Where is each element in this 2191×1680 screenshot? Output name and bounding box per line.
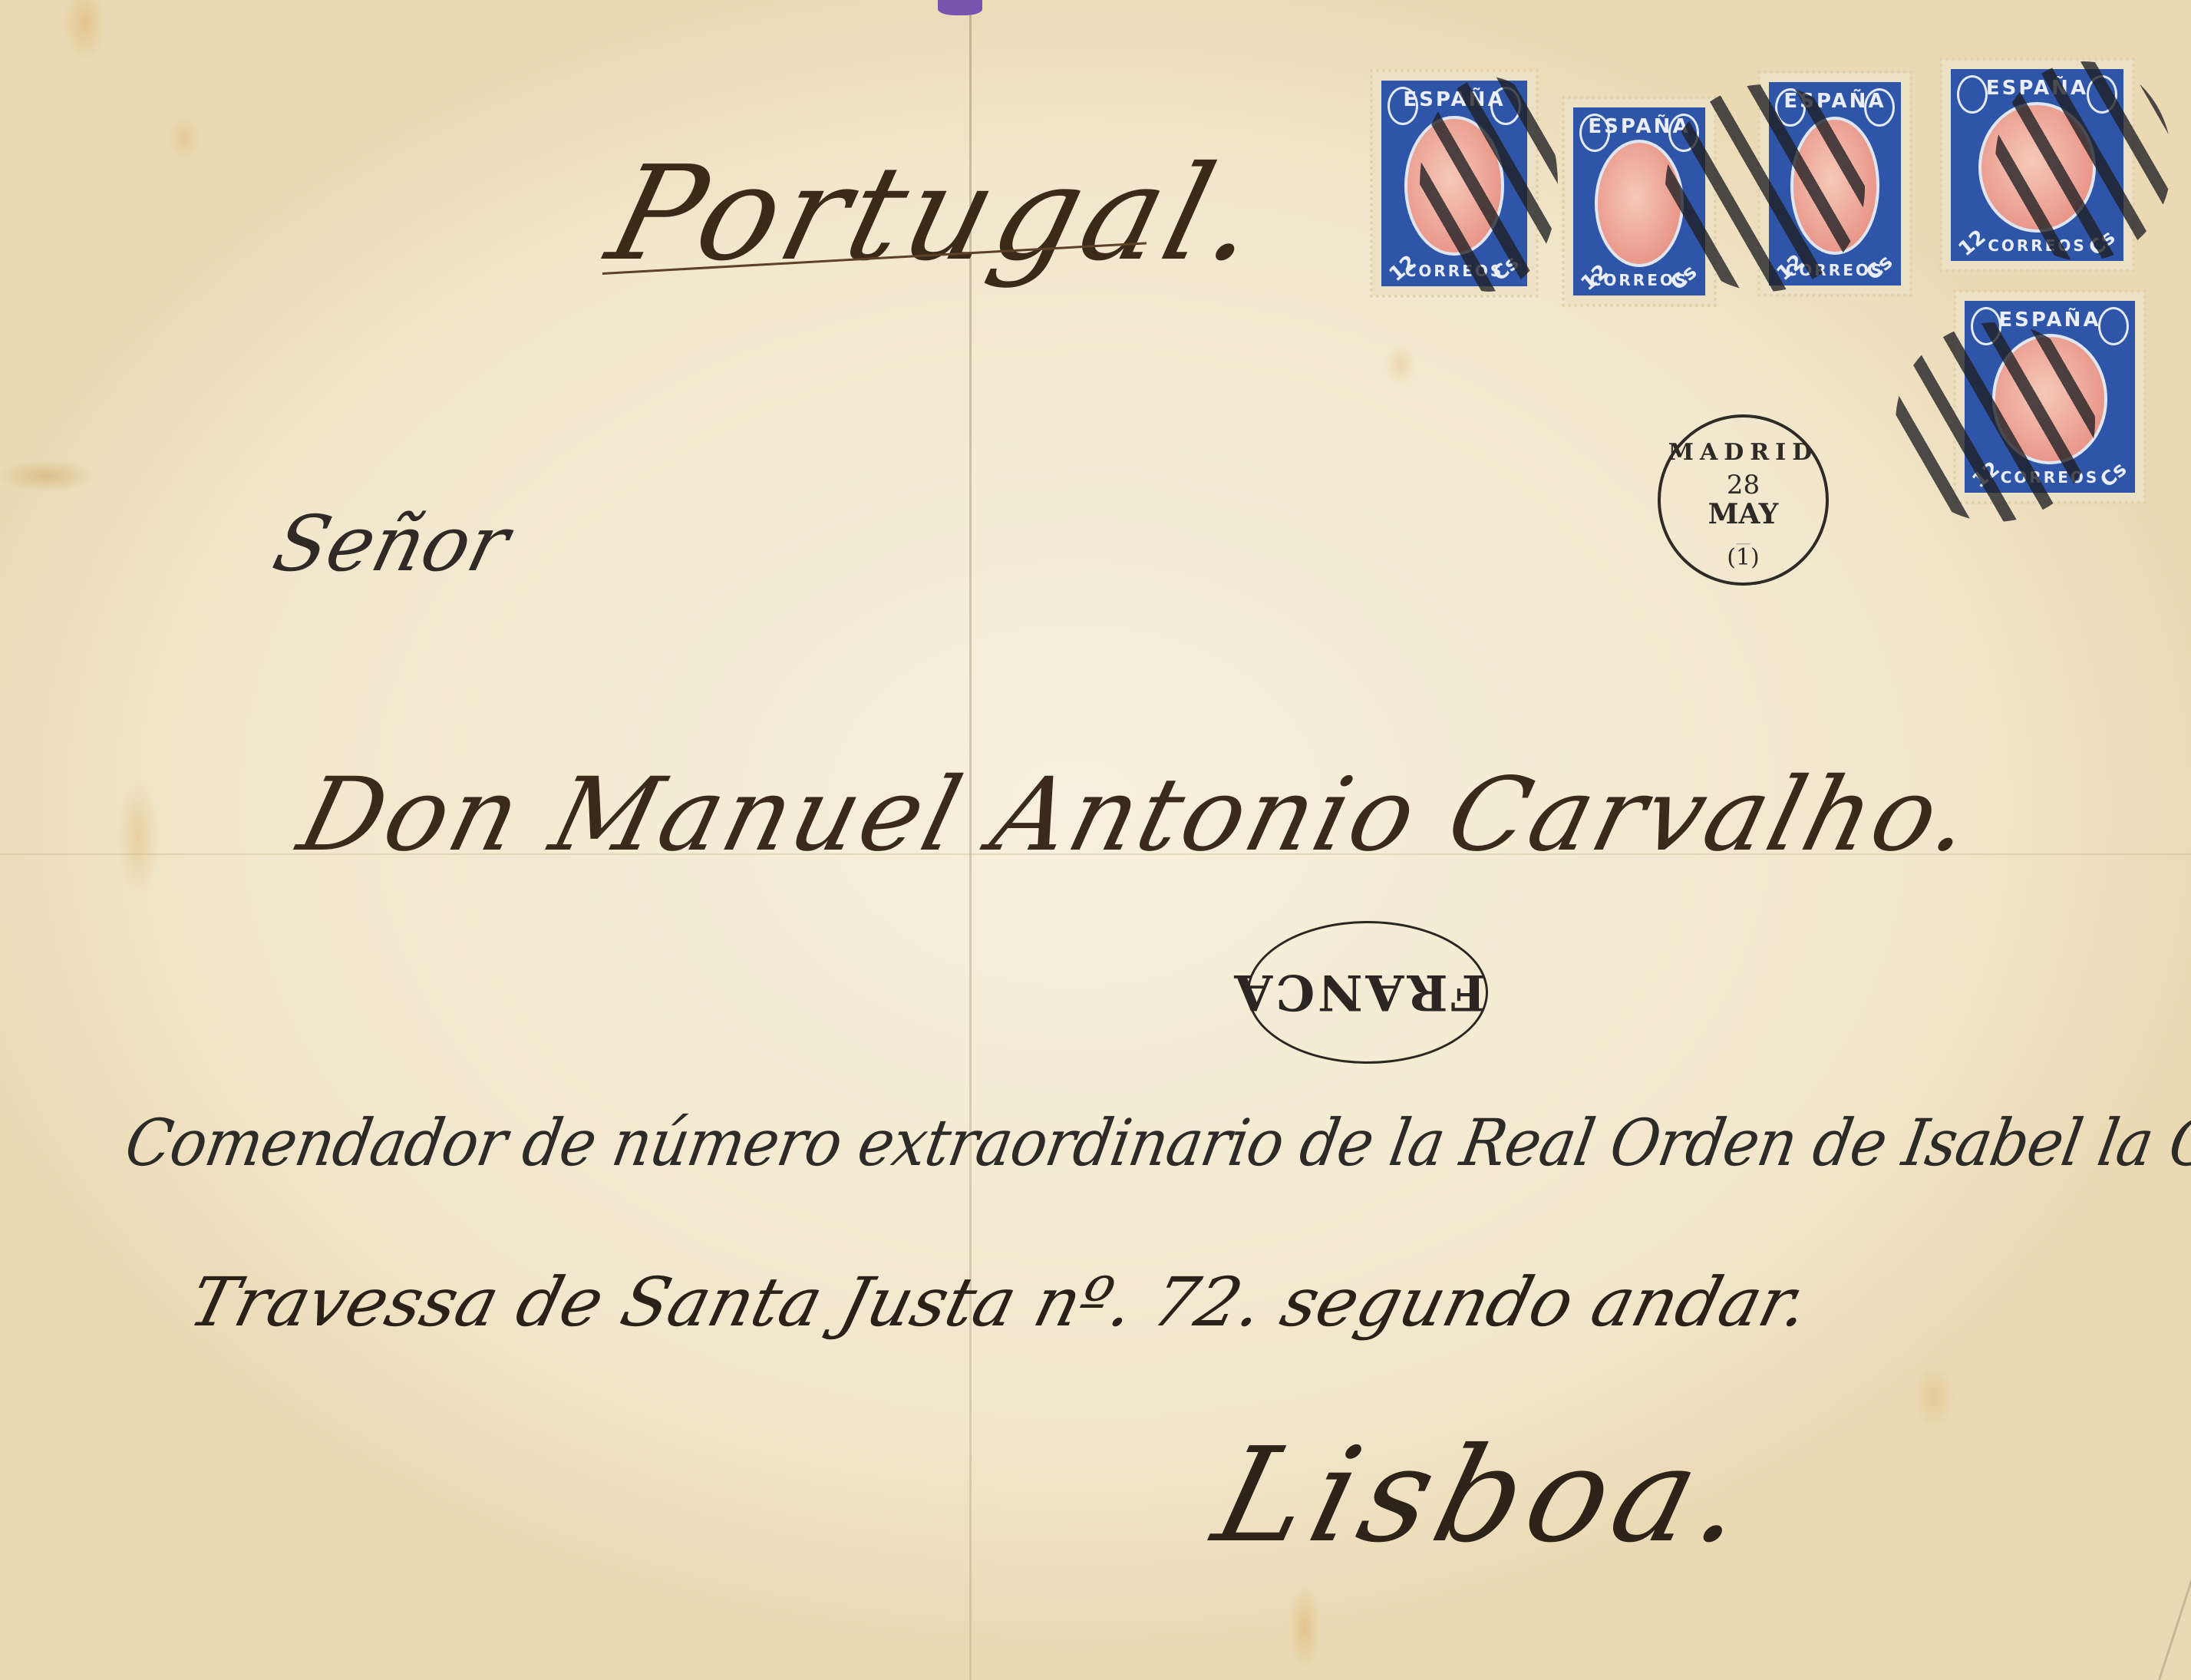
postmark-month: MAY (1661, 498, 1826, 530)
stamp-country: ESPAÑA (1381, 88, 1527, 111)
queen-portrait (1790, 117, 1880, 255)
stamp-country: ESPAÑA (1951, 77, 2123, 100)
envelope-cover: Portugal. Señor Don Manuel Antonio Carva… (0, 0, 2191, 1680)
salutation: Señor (265, 499, 517, 589)
madrid-datestamp: MADRID 28 MAY __ (1) (1658, 414, 1829, 586)
destination-city: Lisboa. (1201, 1420, 1769, 1572)
addressee-name: Don Manuel Antonio Carvalho. (289, 756, 1987, 874)
postage-stamp-2: ESPAÑA 12 CORREOS Cs (1573, 107, 1705, 295)
stamp-unit: Cs (2097, 457, 2132, 492)
stamp-unit: Cs (1489, 251, 1524, 286)
franca-text: FRANCA (1249, 963, 1486, 1021)
postmark-city: MADRID (1661, 439, 1826, 466)
stamp-country: ESPAÑA (1769, 90, 1901, 113)
stamp-country: ESPAÑA (1965, 309, 2135, 332)
postmark-year: __ (1661, 529, 1826, 545)
stamp-unit: Cs (1863, 250, 1898, 285)
queen-portrait (1992, 334, 2108, 464)
postmark-day: 28 (1661, 470, 1826, 500)
stamp-unit: Cs (2085, 226, 2120, 260)
queen-portrait (1978, 102, 2096, 233)
edge-crease (2158, 1373, 2191, 1680)
postage-stamp-1: ESPAÑA 12 CORREOS Cs (1381, 81, 1527, 286)
postage-stamp-3: ESPAÑA 12 CORREOS Cs (1769, 82, 1901, 286)
queen-portrait (1404, 116, 1503, 256)
queen-portrait (1595, 140, 1684, 268)
street-address: Travessa de Santa Justa nº. 72. segundo … (182, 1262, 1816, 1342)
stamp-unit: Cs (1667, 260, 1702, 295)
violet-wax-mark (938, 0, 982, 15)
franca-oval-mark: FRANCA (1247, 921, 1488, 1064)
postmark-office: (1) (1661, 544, 1826, 571)
addressee-title: Comendador de número extraordinario de l… (120, 1105, 2191, 1180)
postage-stamp-4: ESPAÑA 12 CORREOS Cs (1951, 69, 2123, 261)
stamp-country: ESPAÑA (1573, 115, 1705, 138)
postage-stamp-5: ESPAÑA 12 CORREOS Cs (1965, 301, 2135, 493)
